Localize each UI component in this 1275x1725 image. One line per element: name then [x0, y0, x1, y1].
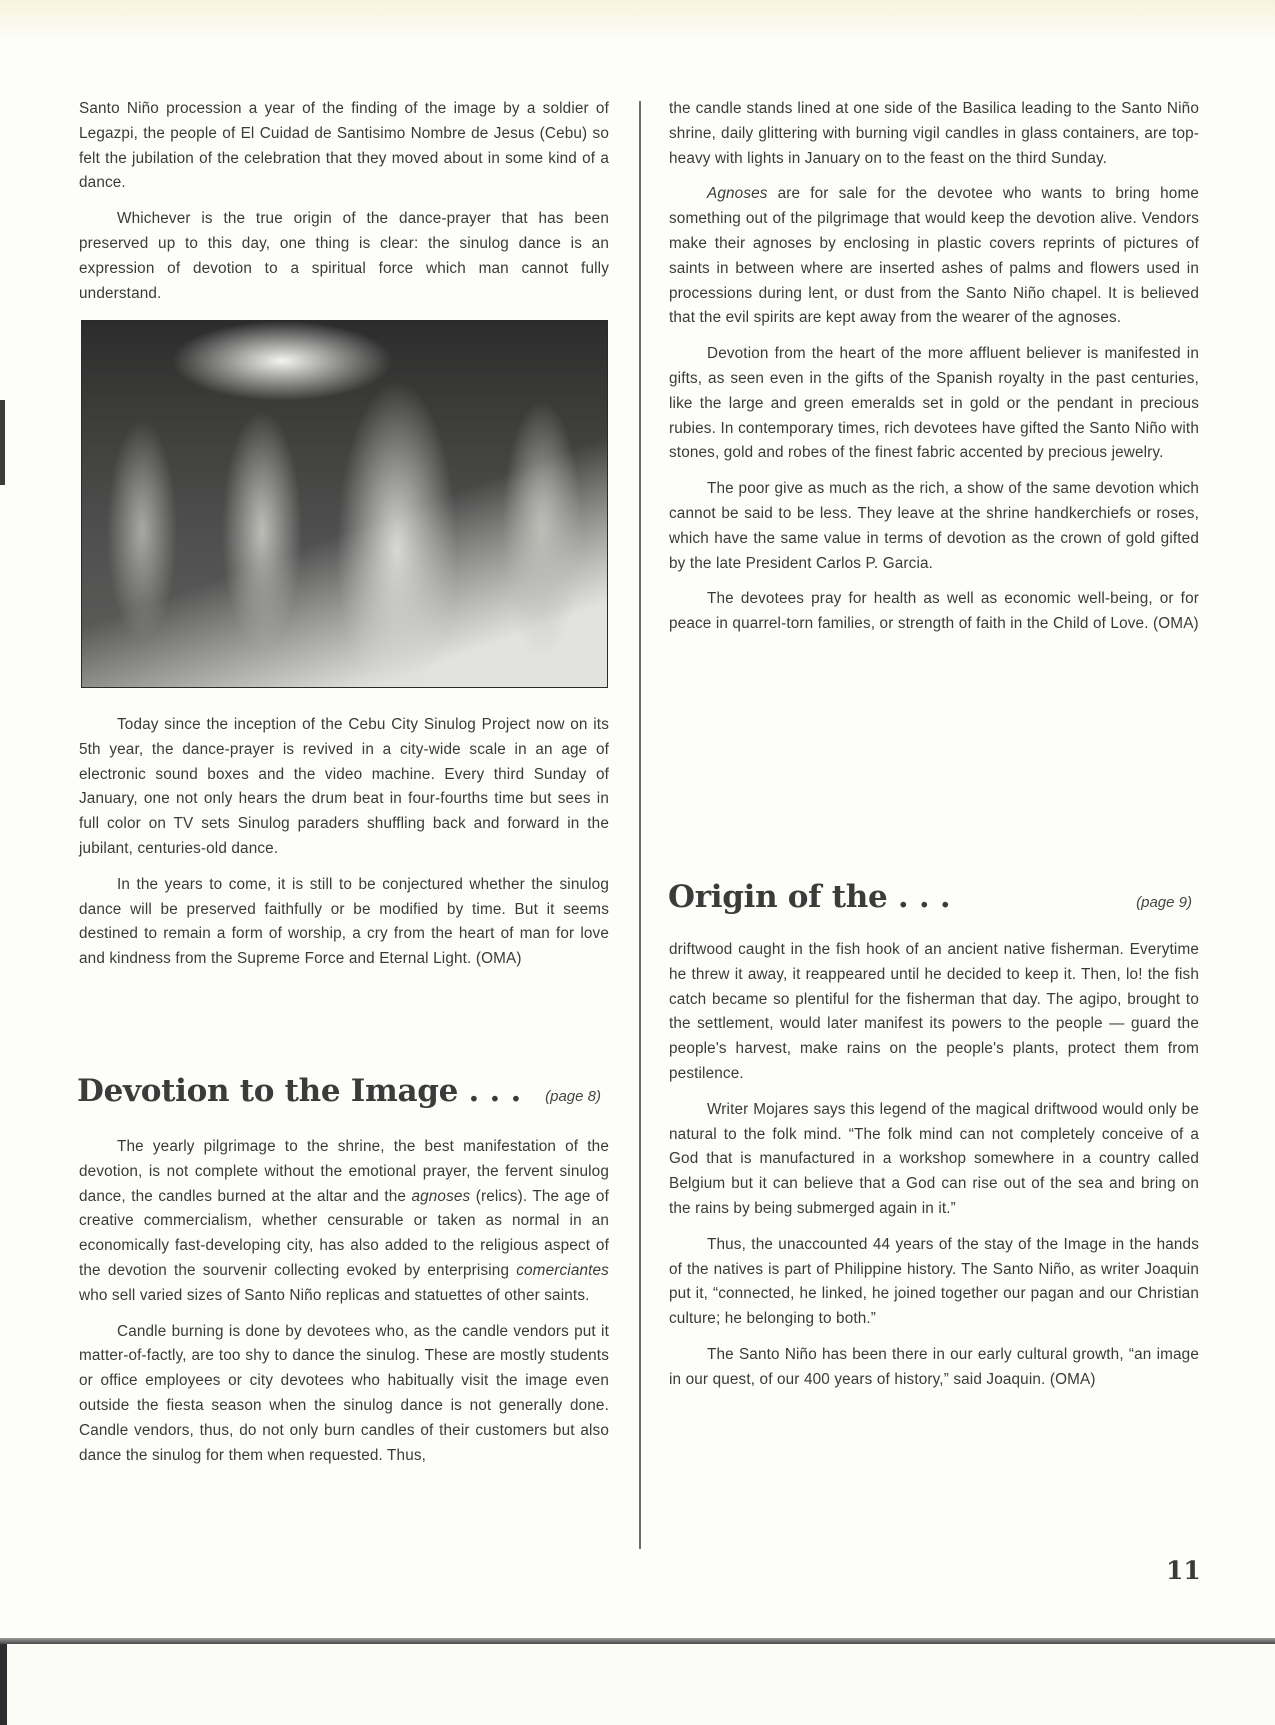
paragraph: Whichever is the true origin of the danc…	[79, 207, 609, 306]
paragraph: Candle burning is done by devotees who, …	[79, 1320, 609, 1469]
paragraph: Writer Mojares says this legend of the m…	[669, 1098, 1199, 1222]
binding-edge	[0, 400, 5, 485]
right-column: the candle stands lined at one side of t…	[669, 97, 1199, 648]
left-column-after-photo: Today since the inception of the Cebu Ci…	[79, 713, 609, 983]
italic-term: Agnoses	[707, 185, 768, 202]
devotion-section-body: The yearly pilgrimage to the shrine, the…	[79, 1135, 609, 1479]
paragraph: driftwood caught in the fish hook of an …	[669, 938, 1199, 1087]
origin-section-heading: Origin of the . . . (page 9)	[668, 879, 1198, 915]
paragraph: the candle stands lined at one side of t…	[669, 97, 1199, 171]
page-reference: (page 9)	[1136, 894, 1192, 911]
paragraph: Santo Niño procession a year of the find…	[79, 97, 609, 196]
section-title: Devotion to the Image . . .	[77, 1073, 521, 1109]
paragraph: The poor give as much as the rich, a sho…	[669, 477, 1199, 576]
section-title: Origin of the . . .	[668, 879, 950, 915]
left-column-intro: Santo Niño procession a year of the find…	[79, 97, 609, 317]
italic-term: agnoses	[411, 1188, 470, 1205]
paragraph: In the years to come, it is still to be …	[79, 873, 609, 972]
paragraph: Devotion from the heart of the more affl…	[669, 342, 1199, 466]
italic-term: comerciantes	[516, 1262, 609, 1279]
underlying-page	[0, 1644, 1275, 1725]
paragraph: Today since the inception of the Cebu Ci…	[79, 713, 609, 862]
column-divider	[639, 101, 641, 1549]
paragraph: The Santo Niño has been there in our ear…	[669, 1343, 1199, 1393]
sinulog-dancers-photo	[81, 320, 608, 688]
paragraph: Agnoses are for sale for the devotee who…	[669, 182, 1199, 331]
paragraph: Thus, the unaccounted 44 years of the st…	[669, 1233, 1199, 1332]
origin-section-body: driftwood caught in the fish hook of an …	[669, 938, 1199, 1404]
binding-edge-lower	[0, 1644, 7, 1725]
text-run: are for sale for the devotee who wants t…	[669, 185, 1199, 326]
page-reference: (page 8)	[545, 1088, 601, 1105]
paragraph: The yearly pilgrimage to the shrine, the…	[79, 1135, 609, 1309]
page-number: 11	[1166, 1556, 1201, 1585]
paragraph: The devotees pray for health as well as …	[669, 587, 1199, 637]
text-run: who sell varied sizes of Santo Niño repl…	[79, 1287, 590, 1304]
devotion-section-heading: Devotion to the Image . . . (page 8)	[77, 1073, 607, 1109]
paper-top-tint	[0, 0, 1275, 40]
